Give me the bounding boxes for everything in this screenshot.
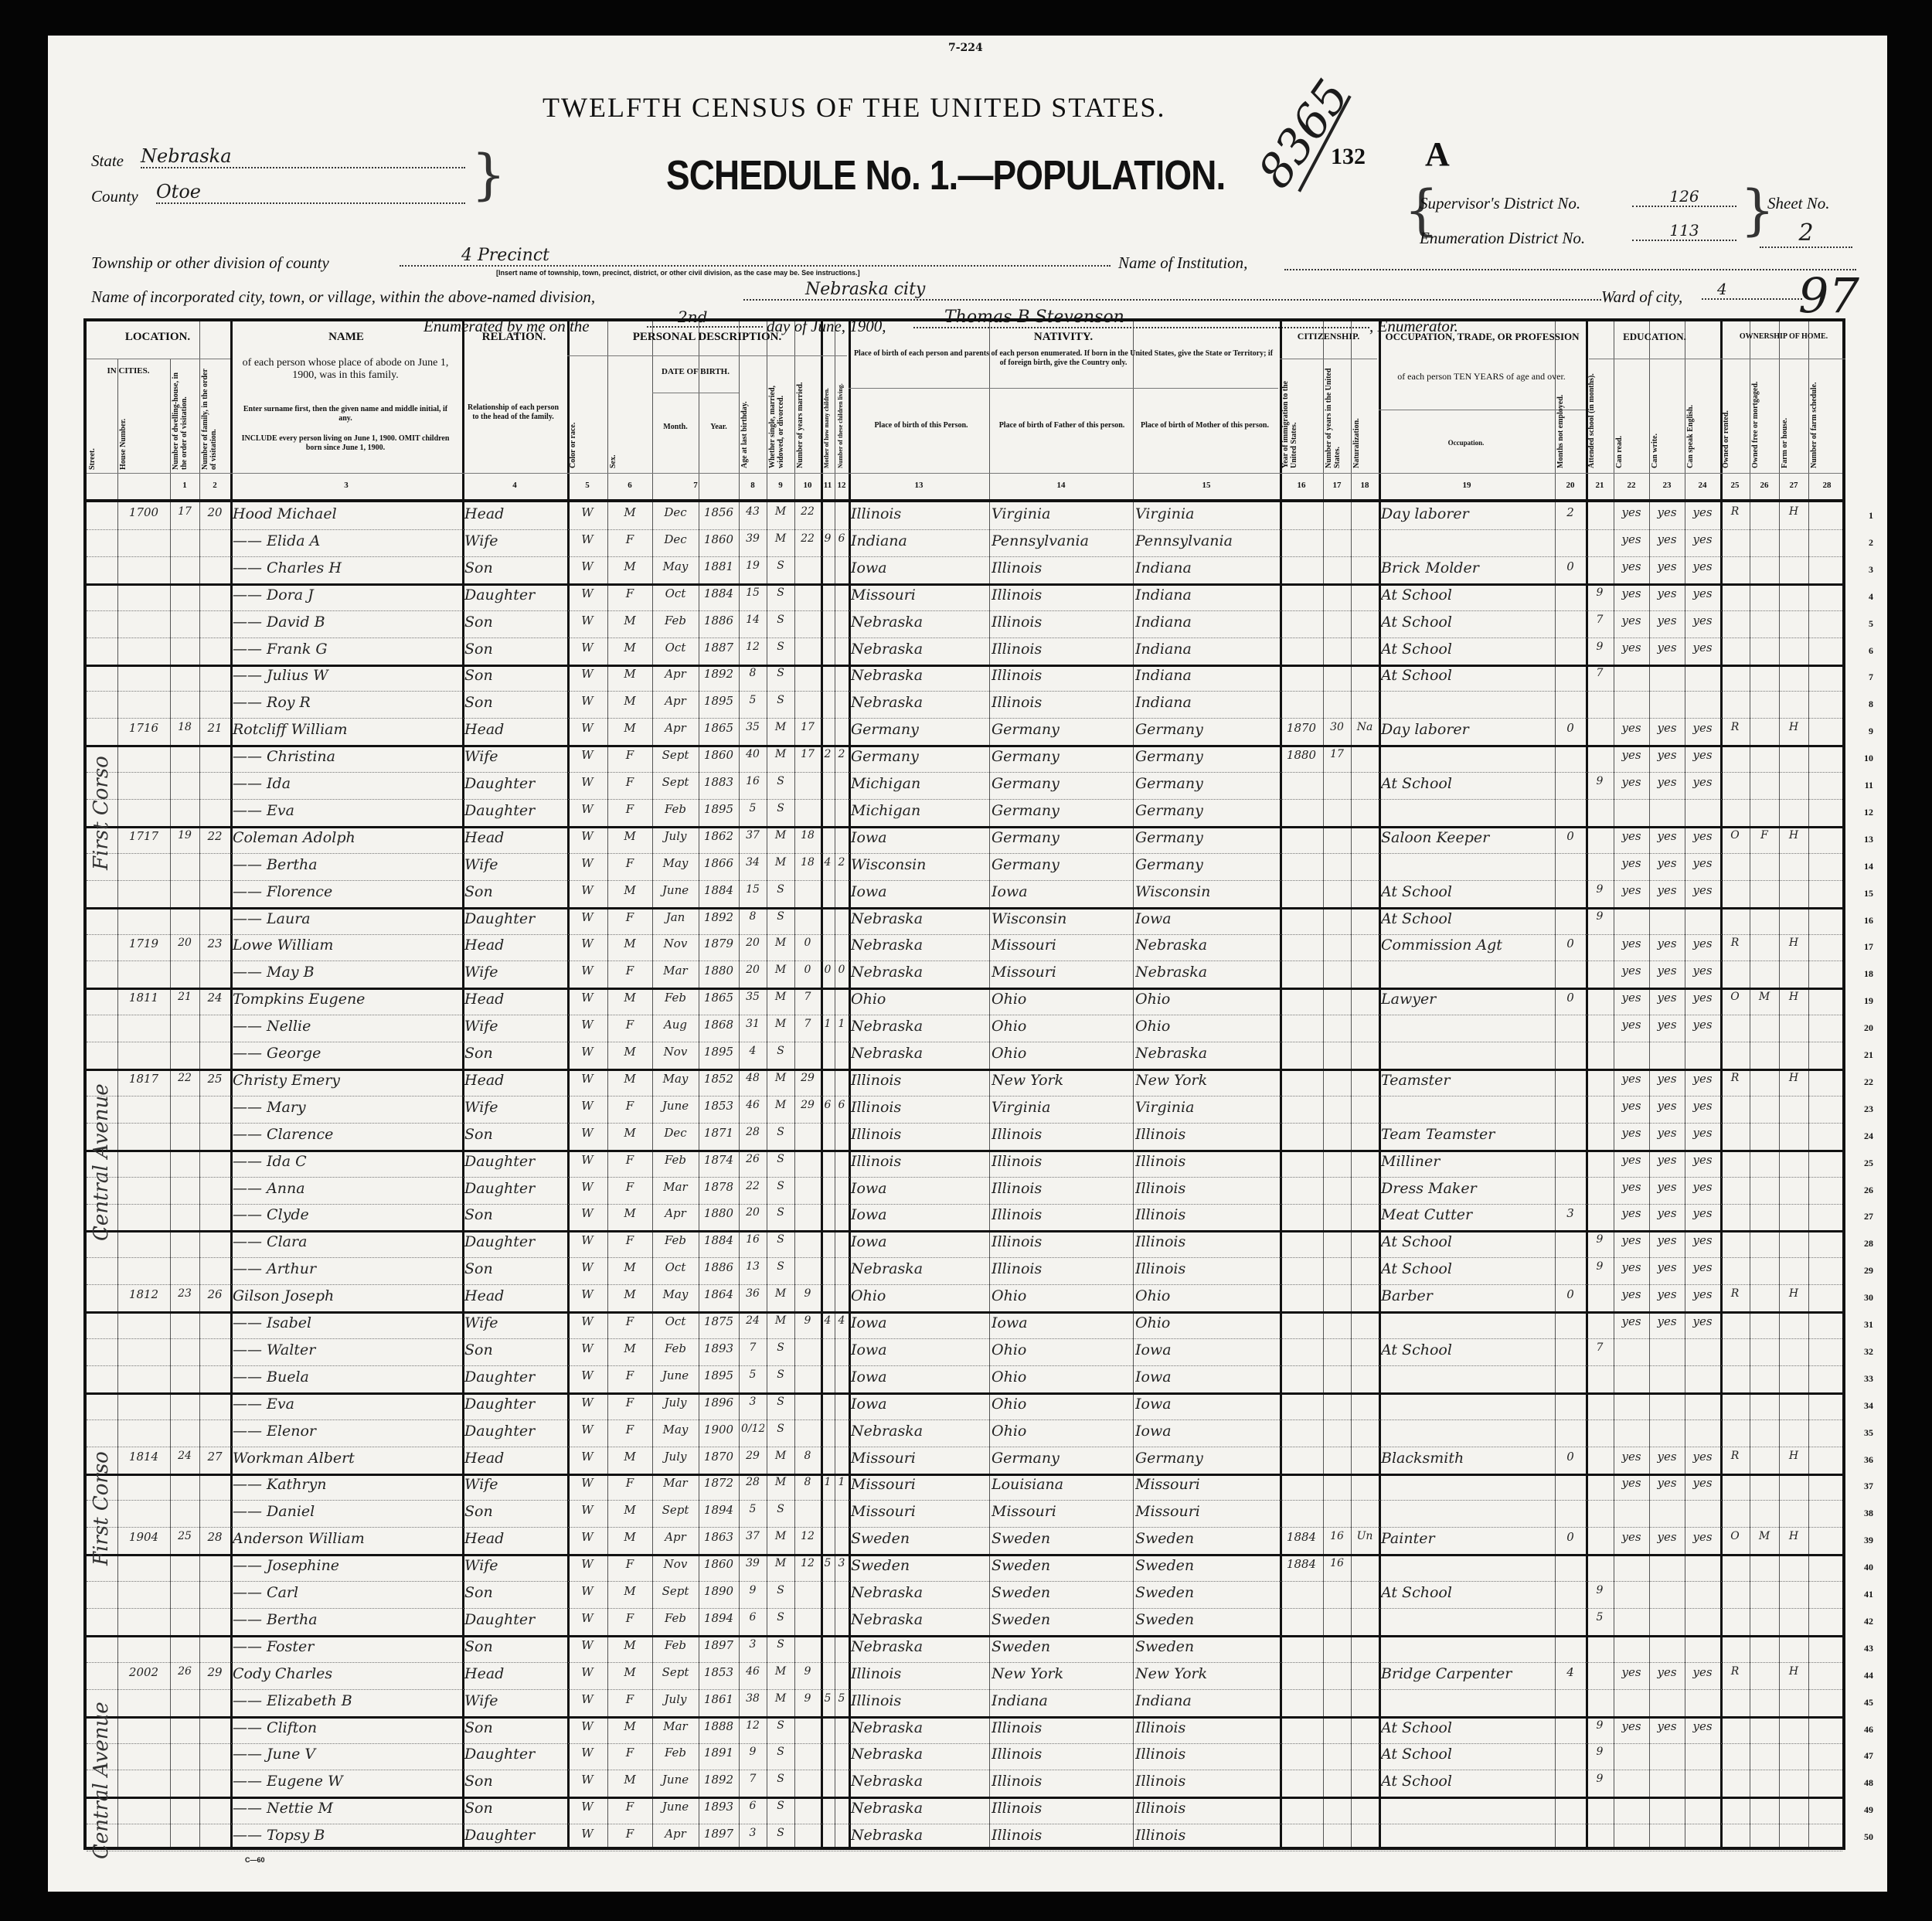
cell-family	[202, 1692, 228, 1715]
cell-farm	[1781, 1423, 1806, 1446]
cell-mu: 3	[1557, 1206, 1583, 1229]
line-number: 33	[1864, 1373, 1873, 1385]
state-field[interactable]: Nebraska	[141, 145, 465, 168]
cell-farm	[1781, 1260, 1806, 1283]
cell-pob: Iowa	[851, 1180, 987, 1203]
cell-write: yes	[1651, 1476, 1682, 1499]
cell-speak: yes	[1687, 1233, 1718, 1256]
cell-pob: Iowa	[851, 1341, 987, 1365]
township-label: Township or other division of county	[91, 253, 329, 273]
cell-school	[1588, 856, 1611, 879]
cell-marital: M	[769, 856, 792, 879]
cell-ym	[797, 1206, 818, 1229]
cell-cl: 2	[837, 856, 846, 879]
cell-dwelling	[172, 1099, 197, 1122]
cell-write: yes	[1651, 1153, 1682, 1176]
cell-occ: Day laborer	[1381, 721, 1553, 744]
cell-dwelling	[172, 1206, 197, 1229]
cell-pobf: Illinois	[992, 641, 1131, 664]
cell-pob: Illinois	[851, 1126, 987, 1149]
cell-dwelling: 21	[172, 991, 197, 1014]
cell-own	[1723, 1314, 1747, 1338]
table-row: —— Charles HSonWMMay188119SIowaIllinoisI…	[87, 556, 1842, 586]
cell-free	[1752, 1260, 1777, 1283]
cell-mu	[1557, 856, 1583, 879]
cell-dwelling	[172, 614, 197, 637]
cell-family	[202, 1206, 228, 1229]
cell-mu: 4	[1557, 1665, 1583, 1688]
cell-ym	[797, 586, 818, 610]
cell-yus	[1325, 1503, 1349, 1526]
cell-family	[202, 1557, 228, 1580]
cell-dwelling: 22	[172, 1072, 197, 1095]
table-row: —— EvaDaughterWFFeb18955SMichiganGermany…	[87, 799, 1842, 828]
enumeration-field[interactable]: 113	[1632, 221, 1736, 241]
cell-age: 29	[741, 1450, 764, 1473]
cell-mu	[1557, 1746, 1583, 1769]
cell-relation: Head	[464, 991, 565, 1014]
line-number: 44	[1864, 1670, 1873, 1681]
line-number: 18	[1864, 968, 1873, 980]
cell-cl	[837, 1126, 846, 1149]
cell-write: yes	[1651, 1018, 1682, 1041]
header-name-instr2: INCLUDE every person living on June 1, 1…	[241, 434, 450, 453]
cell-imm	[1282, 667, 1321, 690]
cell-relation: Wife	[464, 532, 565, 556]
cell-occ: At School	[1381, 614, 1553, 637]
cell-sex: M	[610, 883, 650, 906]
cell-family	[202, 1423, 228, 1446]
cell-yus: 16	[1325, 1557, 1349, 1580]
cell-nat	[1353, 1665, 1376, 1688]
cell-free	[1752, 641, 1777, 664]
institution-field[interactable]	[1284, 249, 1856, 270]
cell-cl	[837, 883, 846, 906]
cell-farm	[1781, 1827, 1806, 1850]
cell-year: 1884	[701, 586, 736, 610]
table-row: —— ClaraDaughterWFFeb188416SIowaIllinois…	[87, 1230, 1842, 1258]
cell-month: Oct	[655, 641, 696, 664]
cell-write: yes	[1651, 964, 1682, 987]
cell-family	[202, 1180, 228, 1203]
cell-family	[202, 1341, 228, 1365]
cell-sex: F	[610, 586, 650, 610]
cell-marital: S	[769, 667, 792, 690]
cell-farm: H	[1781, 829, 1806, 852]
cell-ym	[797, 775, 818, 798]
cell-imm	[1282, 1800, 1321, 1823]
cell-house	[120, 1260, 168, 1283]
cell-speak: yes	[1687, 1206, 1718, 1229]
cell-imm	[1282, 1287, 1321, 1311]
cell-dwelling	[172, 1341, 197, 1365]
cell-ym	[797, 1260, 818, 1283]
cell-age: 20	[741, 937, 764, 960]
header-location: LOCATION.	[87, 331, 229, 344]
cell-house: 1719	[120, 937, 168, 960]
cell-moc	[823, 883, 832, 906]
cell-family	[202, 856, 228, 879]
cell-color: W	[570, 775, 605, 798]
cell-name: Gilson Joseph	[233, 1287, 460, 1311]
table-row: —— ElenorDaughterWFMay19000/12SNebraskaO…	[87, 1419, 1842, 1447]
cell-relation: Head	[464, 937, 565, 960]
cell-dwelling: 20	[172, 937, 197, 960]
cell-family	[202, 1153, 228, 1176]
cell-age: 8	[741, 667, 764, 690]
cell-moc	[823, 775, 832, 798]
cell-moc	[823, 614, 832, 637]
cell-pobm: Missouri	[1135, 1503, 1277, 1526]
cell-color: W	[570, 1530, 605, 1553]
cell-ym	[797, 1233, 818, 1256]
cell-house	[120, 1423, 168, 1446]
cell-cl	[837, 694, 846, 717]
cell-house	[120, 802, 168, 825]
cell-relation: Son	[464, 1045, 565, 1068]
line-number: 19	[1864, 995, 1873, 1007]
cell-year: 1853	[701, 1099, 736, 1122]
cell-yus	[1325, 1396, 1349, 1419]
cell-month: Feb	[655, 991, 696, 1014]
header-occupation: OCCUPATION, TRADE, OR PROFESSION	[1379, 331, 1586, 343]
line-number: 31	[1864, 1319, 1873, 1331]
cell-relation: Daughter	[464, 1423, 565, 1446]
cell-occ	[1381, 1314, 1553, 1338]
cell-imm	[1282, 1126, 1321, 1149]
cell-pob: Ohio	[851, 991, 987, 1014]
header-house: House Number.	[119, 363, 168, 470]
cell-name: —— Walter	[233, 1341, 460, 1365]
cell-read: yes	[1616, 775, 1647, 798]
cell-year: 1865	[701, 721, 736, 744]
cell-ym: 18	[797, 856, 818, 879]
cell-farm: H	[1781, 1287, 1806, 1311]
line-number: 1	[1869, 510, 1873, 522]
cell-sex: F	[610, 1611, 650, 1634]
cell-farm	[1781, 1773, 1806, 1796]
cell-mu	[1557, 883, 1583, 906]
cell-free	[1752, 1206, 1777, 1229]
cell-moc	[823, 1233, 832, 1256]
cell-ym: 9	[797, 1692, 818, 1715]
cell-marital: S	[769, 1045, 792, 1068]
cell-sex: M	[610, 1072, 650, 1095]
cell-moc	[823, 721, 832, 744]
supervisor-field[interactable]: 126	[1632, 187, 1736, 207]
cell-month: Apr	[655, 1206, 696, 1229]
cell-farm	[1781, 614, 1806, 637]
cell-pobm: Illinois	[1135, 1719, 1277, 1742]
line-number: 38	[1864, 1508, 1873, 1519]
cell-read: yes	[1616, 1287, 1647, 1311]
census-title: TWELFTH CENSUS OF THE UNITED STATES.	[543, 91, 1165, 124]
cell-dwelling: 25	[172, 1530, 197, 1553]
cell-farm	[1781, 1153, 1806, 1176]
line-number: 28	[1864, 1238, 1873, 1249]
cell-ym: 12	[797, 1530, 818, 1553]
cell-house	[120, 1099, 168, 1122]
cell-speak	[1687, 1773, 1718, 1796]
cell-marital: M	[769, 721, 792, 744]
cell-occ: Commission Agt	[1381, 937, 1553, 960]
cell-relation: Wife	[464, 1018, 565, 1041]
cell-pobm: Iowa	[1135, 910, 1277, 933]
table-row: —— June VDaughterWFFeb18919SNebraskaIlli…	[87, 1742, 1842, 1770]
cell-imm	[1282, 1584, 1321, 1607]
cell-family: 21	[202, 721, 228, 744]
cell-moc	[823, 1045, 832, 1068]
cell-speak: yes	[1687, 505, 1718, 529]
cell-mu	[1557, 586, 1583, 610]
cell-year: 1886	[701, 614, 736, 637]
cell-sex: M	[610, 1045, 650, 1068]
line-number: 27	[1864, 1211, 1873, 1222]
cell-pob: Nebraska	[851, 1773, 987, 1796]
cell-color: W	[570, 1503, 605, 1526]
cell-write	[1651, 1423, 1682, 1446]
cell-nat	[1353, 937, 1376, 960]
cell-free	[1752, 559, 1777, 583]
sheet-field[interactable]: 2	[1760, 219, 1852, 248]
table-row: —— David BSonWMFeb188614SNebraskaIllinoi…	[87, 610, 1842, 638]
cell-dwelling	[172, 1611, 197, 1634]
cell-moc: 1	[823, 1476, 832, 1499]
column-number: 22	[1614, 481, 1649, 490]
cell-write	[1651, 1503, 1682, 1526]
cell-nat	[1353, 1099, 1376, 1122]
county-field[interactable]: Otoe	[156, 181, 465, 204]
cell-school	[1588, 1018, 1611, 1041]
cell-read: yes	[1616, 559, 1647, 583]
cell-own	[1723, 802, 1747, 825]
cell-color: W	[570, 1746, 605, 1769]
cell-name: —— Laura	[233, 910, 460, 933]
cell-house	[120, 641, 168, 664]
cell-farm	[1781, 1045, 1806, 1068]
cell-free	[1752, 532, 1777, 556]
cell-yus	[1325, 1260, 1349, 1283]
cell-pobf: Iowa	[992, 1314, 1131, 1338]
cell-occ	[1381, 1692, 1553, 1715]
cell-month: Sept	[655, 1584, 696, 1607]
cell-free	[1752, 721, 1777, 744]
cell-age: 19	[741, 559, 764, 583]
cell-moc: 1	[823, 1018, 832, 1041]
cell-free	[1752, 1557, 1777, 1580]
cell-relation: Daughter	[464, 802, 565, 825]
cell-nat	[1353, 1260, 1376, 1283]
cell-month: Apr	[655, 1530, 696, 1553]
cell-month: Mar	[655, 1180, 696, 1203]
cell-house	[120, 1503, 168, 1526]
cell-sex: M	[610, 937, 650, 960]
cell-family	[202, 1260, 228, 1283]
cell-house: 1716	[120, 721, 168, 744]
cell-free	[1752, 1638, 1777, 1661]
cell-ym: 0	[797, 937, 818, 960]
cell-write: yes	[1651, 856, 1682, 879]
cell-name: —— Elida A	[233, 532, 460, 556]
cell-pobf: New York	[992, 1665, 1131, 1688]
cell-house	[120, 1584, 168, 1607]
cell-speak: yes	[1687, 1450, 1718, 1473]
cell-month: Sept	[655, 748, 696, 771]
cell-month: May	[655, 559, 696, 583]
cell-mu	[1557, 1719, 1583, 1742]
cell-sex: M	[610, 641, 650, 664]
cell-dwelling	[172, 1773, 197, 1796]
cell-nat	[1353, 614, 1376, 637]
cell-pobm: Sweden	[1135, 1557, 1277, 1580]
cell-own: R	[1723, 1072, 1747, 1095]
cell-occ: Day laborer	[1381, 505, 1553, 529]
cell-mu	[1557, 1233, 1583, 1256]
cell-moc	[823, 1503, 832, 1526]
cell-imm	[1282, 532, 1321, 556]
cell-family	[202, 559, 228, 583]
cell-speak: yes	[1687, 829, 1718, 852]
cell-moc	[823, 1180, 832, 1203]
cell-free	[1752, 1611, 1777, 1634]
cell-year: 1887	[701, 641, 736, 664]
cell-nat	[1353, 1827, 1376, 1850]
table-row: —— Ida CDaughterWFFeb187426SIllinoisIlli…	[87, 1150, 1842, 1178]
cell-mu	[1557, 964, 1583, 987]
cell-marital: M	[769, 532, 792, 556]
cell-imm	[1282, 1180, 1321, 1203]
cell-year: 1862	[701, 829, 736, 852]
cell-cl	[837, 1396, 846, 1419]
cell-age: 15	[741, 586, 764, 610]
column-number: 7	[652, 481, 739, 490]
cell-cl	[837, 1206, 846, 1229]
cell-ym: 12	[797, 1557, 818, 1580]
cell-mu	[1557, 775, 1583, 798]
cell-cl	[837, 1638, 846, 1661]
line-number: 32	[1864, 1346, 1873, 1358]
cell-school	[1588, 1827, 1611, 1850]
cell-imm	[1282, 1665, 1321, 1688]
cell-family	[202, 1233, 228, 1256]
cell-moc	[823, 1072, 832, 1095]
cell-nat	[1353, 775, 1376, 798]
cell-occ: Dress Maker	[1381, 1180, 1553, 1203]
cell-write: yes	[1651, 1719, 1682, 1742]
cell-occ	[1381, 1368, 1553, 1392]
cell-school: 9	[1588, 1746, 1611, 1769]
header-street: Street.	[88, 363, 116, 470]
cell-color: W	[570, 1665, 605, 1688]
cell-school: 9	[1588, 775, 1611, 798]
cell-pobf: Germany	[992, 1450, 1131, 1473]
cell-moc	[823, 1665, 832, 1688]
cell-farm	[1781, 1800, 1806, 1823]
cell-speak	[1687, 667, 1718, 690]
cell-age: 35	[741, 721, 764, 744]
cell-ym	[797, 1800, 818, 1823]
cell-month: Feb	[655, 1611, 696, 1634]
cell-age: 38	[741, 1692, 764, 1715]
cell-occ: Lawyer	[1381, 991, 1553, 1014]
cell-own	[1723, 1746, 1747, 1769]
cell-family	[202, 586, 228, 610]
cell-write: yes	[1651, 614, 1682, 637]
cell-dwelling	[172, 586, 197, 610]
cell-own: O	[1723, 829, 1747, 852]
cell-month: Dec	[655, 532, 696, 556]
header-nativity: NATIVITY.	[849, 331, 1278, 344]
cell-family: 26	[202, 1287, 228, 1311]
cell-free	[1752, 505, 1777, 529]
cell-yus	[1325, 1153, 1349, 1176]
cell-write	[1651, 1773, 1682, 1796]
cell-farm	[1781, 694, 1806, 717]
cell-year: 1892	[701, 910, 736, 933]
cell-color: W	[570, 856, 605, 879]
cell-pob: Nebraska	[851, 1584, 987, 1607]
cell-dwelling	[172, 1260, 197, 1283]
column-number: 6	[607, 481, 652, 490]
cell-farm	[1781, 1746, 1806, 1769]
cell-nat	[1353, 1153, 1376, 1176]
cell-year: 1900	[701, 1423, 736, 1446]
line-number: 43	[1864, 1643, 1873, 1654]
cell-free	[1752, 1287, 1777, 1311]
cell-month: Feb	[655, 614, 696, 637]
cell-read: yes	[1616, 1099, 1647, 1122]
cell-write: yes	[1651, 1099, 1682, 1122]
cell-school: 9	[1588, 586, 1611, 610]
cell-imm	[1282, 829, 1321, 852]
cell-read: yes	[1616, 721, 1647, 744]
cell-name: —— Ida C	[233, 1153, 460, 1176]
cell-pobf: Germany	[992, 802, 1131, 825]
city-field[interactable]: Nebraska city	[743, 280, 1601, 301]
cell-free	[1752, 1126, 1777, 1149]
cell-house: 1904	[120, 1530, 168, 1553]
cell-color: W	[570, 1018, 605, 1041]
cell-pobm: Sweden	[1135, 1530, 1277, 1553]
cell-name: —— Clara	[233, 1233, 460, 1256]
cell-pobf: Illinois	[992, 1260, 1131, 1283]
cell-marital: M	[769, 937, 792, 960]
ward-field[interactable]: 4	[1702, 280, 1802, 300]
cell-pob: Iowa	[851, 1233, 987, 1256]
cell-write	[1651, 694, 1682, 717]
line-number: 25	[1864, 1158, 1873, 1169]
cell-occ: Team Teamster	[1381, 1126, 1553, 1149]
cell-name: —— Charles H	[233, 559, 460, 583]
cell-pobf: Missouri	[992, 1503, 1131, 1526]
cell-yus	[1325, 1476, 1349, 1499]
column-number: 11	[821, 481, 835, 490]
cell-pobm: Germany	[1135, 721, 1277, 744]
cell-dwelling	[172, 748, 197, 771]
township-field[interactable]: 4 Precinct	[400, 246, 1111, 267]
cell-farm	[1781, 856, 1806, 879]
cell-age: 24	[741, 1314, 764, 1338]
cell-pob: Missouri	[851, 1450, 987, 1473]
cell-free	[1752, 1800, 1777, 1823]
cell-school	[1588, 721, 1611, 744]
cell-house	[120, 559, 168, 583]
cell-speak: yes	[1687, 1126, 1718, 1149]
cell-cl	[837, 1746, 846, 1769]
header-farm-house: Farm or house.	[1781, 362, 1807, 468]
column-number: 27	[1779, 481, 1808, 490]
cell-pobm: New York	[1135, 1665, 1277, 1688]
